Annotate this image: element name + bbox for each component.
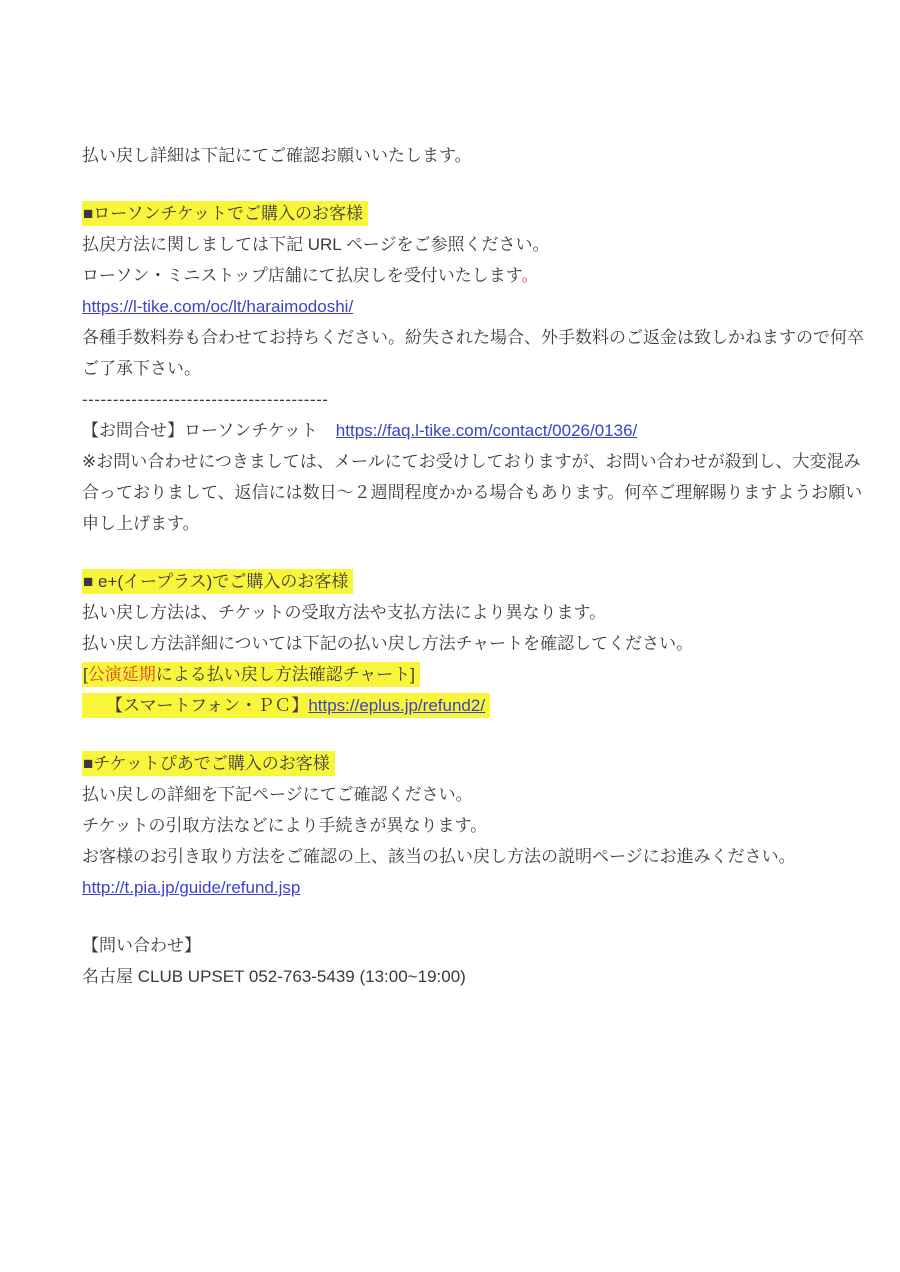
lawson-refund-link[interactable]: https://l-tike.com/oc/lt/haraimodoshi/: [82, 297, 353, 316]
lawson-mail-note-line3: 申し上げます。: [82, 508, 854, 539]
eplus-device-highlight: 【スマートフォン・ＰＣ】https://eplus.jp/refund2/: [82, 693, 490, 718]
lawson-contact-label: 【お問合せ】ローソンチケット: [82, 421, 318, 440]
lawson-instruction-2-text: ローソン・ミニストップ店舗にて払戻しを受付いたします: [82, 266, 521, 285]
lawson-faq-link[interactable]: https://faq.l-tike.com/contact/0026/0136…: [336, 421, 637, 440]
eplus-refund-link[interactable]: https://eplus.jp/refund2/: [308, 696, 485, 715]
lawson-contact-line: 【お問合せ】ローソンチケットhttps://faq.l-tike.com/con…: [82, 415, 854, 446]
lawson-heading-line: ■ローソンチケットでご購入のお客様: [82, 198, 854, 229]
eplus-device-label: 【スマートフォン・ＰＣ】: [106, 696, 308, 715]
eplus-chart-line: [公演延期による払い戻し方法確認チャート]: [82, 659, 854, 690]
lawson-instruction-1: 払戻方法に関しましては下記 URL ページをご参照ください。: [82, 229, 854, 260]
section-ticket-pia: ■チケットぴあでご購入のお客様 払い戻しの詳細を下記ページにてご確認ください。 …: [82, 748, 854, 903]
red-full-stop: 。: [521, 266, 538, 285]
eplus-instruction-1: 払い戻し方法は、チケットの受取方法や支払方法により異なります。: [82, 597, 854, 628]
eplus-heading-line: ■ e+(イープラス)でご購入のお客様: [82, 566, 854, 597]
lawson-section-heading: ■ローソンチケットでご購入のお客様: [82, 201, 368, 226]
pia-instruction-1: 払い戻しの詳細を下記ページにてご確認ください。: [82, 779, 854, 810]
dashed-divider: ----------------------------------------: [82, 384, 854, 415]
venue-contact-heading: 【問い合わせ】: [82, 930, 854, 961]
lawson-fee-note-line1: 各種手数料券も合わせてお持ちください。紛失された場合、外手数料のご返金は致しかね…: [82, 322, 854, 353]
eplus-device-link-line: 【スマートフォン・ＰＣ】https://eplus.jp/refund2/: [82, 690, 854, 721]
pia-instruction-2: チケットの引取方法などにより手続きが異なります。: [82, 810, 854, 841]
pia-refund-link[interactable]: http://t.pia.jp/guide/refund.jsp: [82, 878, 300, 897]
section-lawson-ticket: ■ローソンチケットでご購入のお客様 払戻方法に関しましては下記 URL ページを…: [82, 198, 854, 539]
chart-label-rest: による払い戻し方法確認チャート]: [156, 665, 415, 684]
intro-text: 払い戻し詳細は下記にてご確認お願いいたします。: [82, 140, 854, 171]
pia-link-line: http://t.pia.jp/guide/refund.jsp: [82, 872, 854, 903]
lawson-fee-note-line2: ご了承下さい。: [82, 353, 854, 384]
section-eplus: ■ e+(イープラス)でご購入のお客様 払い戻し方法は、チケットの受取方法や支払…: [82, 566, 854, 721]
lawson-link-line: https://l-tike.com/oc/lt/haraimodoshi/: [82, 291, 854, 322]
venue-contact-info: 名古屋 CLUB UPSET 052-763-5439 (13:00~19:00…: [82, 961, 854, 992]
lawson-mail-note-line2: 合っておりまして、返信には数日〜２週間程度かかる場合もあります。何卒ご理解賜りま…: [82, 477, 854, 508]
pia-heading-line: ■チケットぴあでご購入のお客様: [82, 748, 854, 779]
pia-instruction-3: お客様のお引き取り方法をご確認の上、該当の払い戻し方法の説明ページにお進みくださ…: [82, 841, 854, 872]
section-venue-contact: 【問い合わせ】 名古屋 CLUB UPSET 052-763-5439 (13:…: [82, 930, 854, 992]
pia-section-heading: ■チケットぴあでご購入のお客様: [82, 751, 335, 776]
refund-notice-document: 払い戻し詳細は下記にてご確認お願いいたします。 ■ローソンチケットでご購入のお客…: [82, 140, 854, 992]
eplus-instruction-2: 払い戻し方法詳細については下記の払い戻し方法チャートを確認してください。: [82, 628, 854, 659]
chart-postponement-red-text: 公演延期: [88, 665, 156, 684]
eplus-chart-label: [公演延期による払い戻し方法確認チャート]: [82, 662, 420, 687]
lawson-instruction-2: ローソン・ミニストップ店舗にて払戻しを受付いたします。: [82, 260, 854, 291]
lawson-mail-note-line1: ※お問い合わせにつきましては、メールにてお受けしておりますが、お問い合わせが殺到…: [82, 446, 854, 477]
eplus-section-heading: ■ e+(イープラス)でご購入のお客様: [82, 569, 353, 594]
